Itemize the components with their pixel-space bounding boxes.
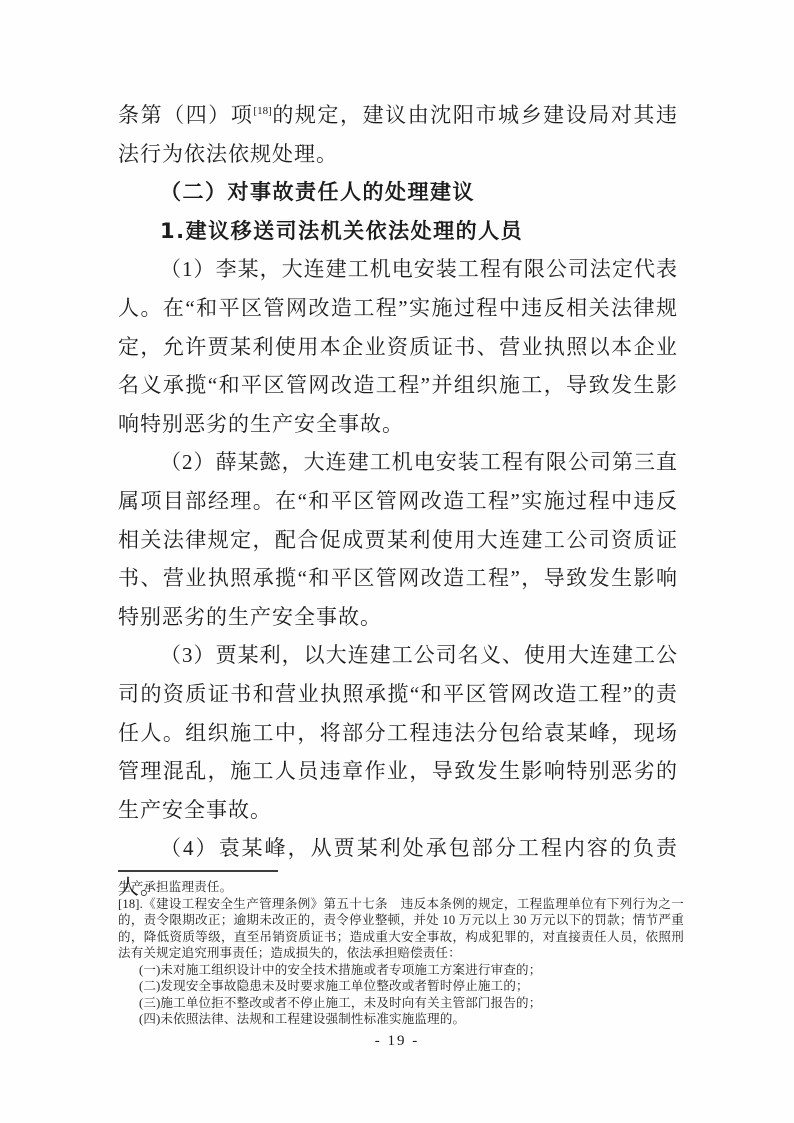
footnote-ref-18: [18] (253, 105, 271, 117)
footnote-continued-text: 生产承担监理责任。 (118, 879, 684, 896)
footnote-18-item-2: (二)发现安全事故隐患未及时要求施工单位整改或者暂时停止施工的； (118, 978, 684, 995)
document-page: 条第（四）项[18]的规定，建议由沈阳市城乡建设局对其违法行为依法依规处理。 （… (0, 0, 794, 1123)
footnote-18-label: [18]. (118, 897, 143, 911)
body-paragraph-person-1: （1）李某，大连建工机电安装工程有限公司法定代表人。在“和平区管网改造工程”实施… (118, 250, 678, 443)
footnote-18-item-1: (一)未对施工组织设计中的安全技术措施或者专项施工方案进行审查的； (118, 962, 684, 979)
footnote-18-item-3: (三)施工单位拒不整改或者不停止施工，未及时向有关主管部门报告的； (118, 995, 684, 1012)
continued-text-before-ref: 条第（四）项 (118, 103, 253, 127)
footnote-area: 生产承担监理责任。 [18].《建设工程安全生产管理条例》第五十七条 违反本条例… (118, 870, 684, 1028)
footnote-18-text: 《建设工程安全生产管理条例》第五十七条 违反本条例的规定，工程监理单位有下列行为… (118, 897, 684, 961)
subsection-heading: 1.建议移送司法机关依法处理的人员 (118, 212, 678, 251)
footnote-18-item-4: (四)未依照法律、法规和工程建设强制性标准实施监理的。 (118, 1011, 684, 1028)
footnote-18: [18].《建设工程安全生产管理条例》第五十七条 违反本条例的规定，工程监理单位… (118, 896, 684, 962)
page-number: - 19 - (0, 1033, 794, 1050)
page-body: 条第（四）项[18]的规定，建议由沈阳市城乡建设局对其违法行为依法依规处理。 （… (118, 96, 678, 906)
body-paragraph-continued: 条第（四）项[18]的规定，建议由沈阳市城乡建设局对其违法行为依法依规处理。 (118, 96, 678, 173)
section-heading: （二）对事故责任人的处理建议 (118, 173, 678, 212)
body-paragraph-person-3: （3）贾某利，以大连建工公司名义、使用大连建工公司的资质证书和营业执照承揽“和平… (118, 636, 678, 829)
body-paragraph-person-2: （2）薛某懿，大连建工机电安装工程有限公司第三直属项目部经理。在“和平区管网改造… (118, 443, 678, 636)
footnote-separator-rule (118, 870, 278, 872)
